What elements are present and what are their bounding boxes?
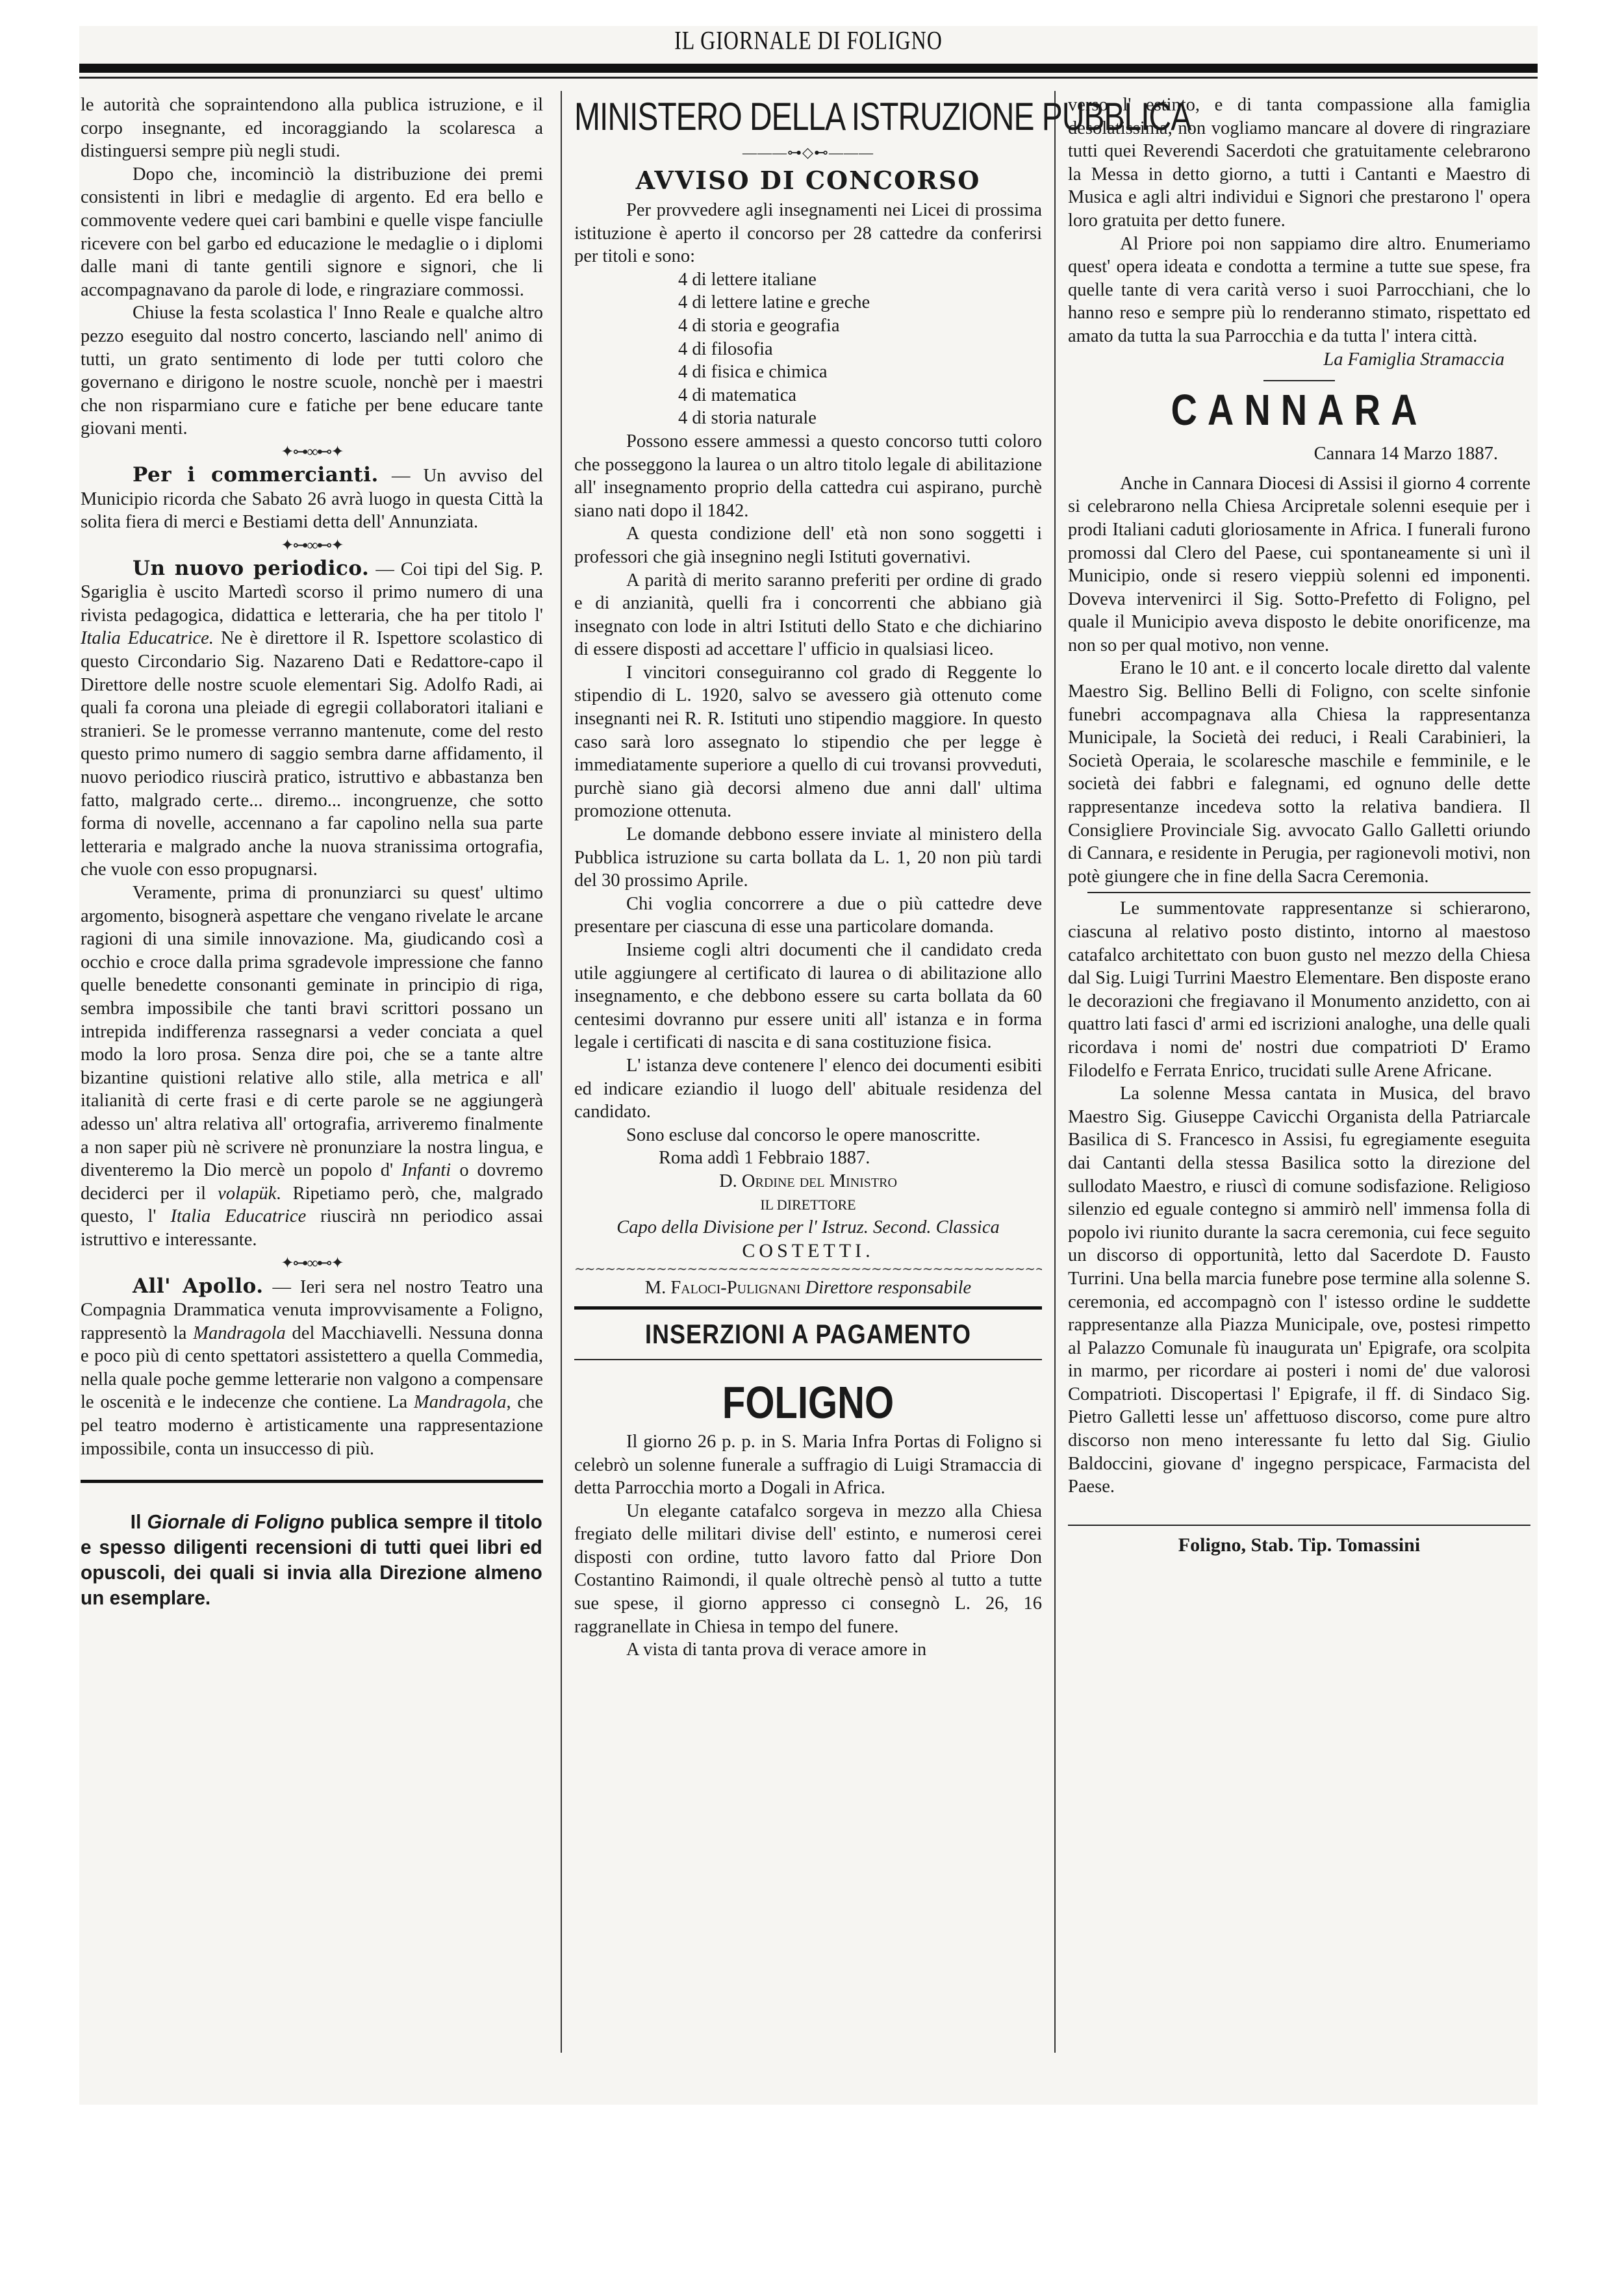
masthead-rule-thick — [79, 64, 1538, 73]
article-body: Veramente, prima di pronunziarci su ques… — [81, 883, 543, 1180]
notice-paragraph: Sono escluse dal concorso le opere manos… — [574, 1124, 1042, 1147]
title-italic: Italia Educatrice. — [81, 628, 214, 648]
headline: All' Apollo. — [133, 1274, 264, 1298]
newspaper-name: Giornale di Foligno — [147, 1510, 324, 1533]
masthead-rule-thin — [79, 77, 1538, 79]
article-paragraph: Dopo che, incominciò la distribuzione de… — [81, 163, 543, 302]
ad-paragraph: A vista di tanta prova di verace amore i… — [574, 1638, 1042, 1662]
section-rule — [81, 1480, 543, 1483]
notice-title: AVVISO DI CONCORSO — [574, 162, 1042, 199]
wavy-rule: ∼∼∼∼∼∼∼∼∼∼∼∼∼∼∼∼∼∼∼∼∼∼∼∼∼∼∼∼∼∼∼∼∼∼∼∼∼∼∼∼… — [574, 1262, 1042, 1276]
article-apollo: All' Apollo. — Ieri sera nel nostro Teat… — [81, 1275, 543, 1461]
notice-intro: Per provvedere agli insegnamenti nei Lic… — [574, 199, 1042, 268]
editor-role: Direttore responsabile — [806, 1278, 972, 1298]
notice-paragraph: L' istanza deve contenere l' elenco dei … — [574, 1054, 1042, 1124]
column-middle: MINISTERO DELLA ISTRUZIONE PUBBLICA ———⊶… — [574, 94, 1042, 1662]
column-divider — [1054, 91, 1056, 2053]
ad-paragraph: Un elegante catafalco sorgeva in mezzo a… — [574, 1500, 1042, 1639]
article-paragraph: La solenne Messa cantata in Musica, del … — [1068, 1082, 1530, 1499]
ornament-divider: ✦⊶∞⊷✦ — [81, 534, 543, 557]
order-line: D. Ordine del Ministro — [574, 1170, 1042, 1193]
italic-term: Mandragola — [193, 1323, 286, 1343]
notice-text: Il — [131, 1510, 147, 1533]
column-divider — [561, 91, 562, 2053]
notice-paragraph: A parità di merito saranno preferiti per… — [574, 569, 1042, 661]
article-periodico: Un nuovo periodico. — Coi tipi del Sig. … — [81, 557, 543, 881]
headline: Per i commercianti. — [133, 463, 379, 487]
chairs-list: 4 di lettere italiane 4 di lettere latin… — [574, 268, 1042, 430]
article-paragraph: Le summentovate rappresentanze si schier… — [1068, 897, 1530, 1082]
article-paragraph: le autorità che sopraintendono alla publ… — [81, 94, 543, 163]
section-rule — [574, 1359, 1042, 1360]
notice-paragraph: A questa condizione dell' età non sono s… — [574, 522, 1042, 568]
notice-paragraph: Insieme cogli altri documenti che il can… — [574, 939, 1042, 1054]
director-line: IL DIRETTORE — [574, 1193, 1042, 1217]
italic-term: Infanti — [401, 1160, 451, 1180]
scroll-ornament: ———⊶◇⊷——— — [574, 143, 1042, 162]
article-commercianti: Per i commercianti. — Un avviso del Muni… — [81, 464, 543, 534]
notice-paragraph: Chi voglia concorrere a due o più catted… — [574, 893, 1042, 939]
signature-text: La Famiglia Stramaccia — [1323, 349, 1504, 370]
column-left: le autorità che sopraintendono alla publ… — [81, 94, 543, 1610]
article-paragraph: Anche in Cannara Diocesi di Assisi il gi… — [1068, 472, 1530, 657]
notice-date: Roma addì 1 Febbraio 1887. — [574, 1147, 1042, 1170]
signature: COSTETTI. — [574, 1239, 1042, 1263]
article-body: Ne è direttore il R. Ispettore scolastic… — [81, 628, 543, 880]
ads-heading: INSERZIONI A PAGAMENTO — [574, 1313, 1042, 1355]
editor-name: M. Faloci-Pulignani — [645, 1278, 801, 1298]
section-rule — [1087, 892, 1530, 893]
italic-term: Italia Educatrice — [171, 1206, 307, 1226]
chair-item: 4 di lettere italiane — [678, 268, 1042, 292]
notice-paragraph: Le domande debbono essere inviate al min… — [574, 823, 1042, 893]
foligno-heading: FOLIGNO — [574, 1371, 1042, 1436]
division-text: Capo della Divisione per l' Istruz. Seco… — [616, 1217, 1000, 1237]
ad-paragraph: Al Priore poi non sappiamo dire altro. E… — [1068, 233, 1530, 348]
chair-item: 4 di fisica e chimica — [678, 361, 1042, 384]
chair-item: 4 di storia naturale — [678, 407, 1042, 430]
headline: Un nuovo periodico. — [133, 557, 369, 580]
ornament-divider: ✦⊶∞⊷✦ — [81, 440, 543, 464]
ad-signature: La Famiglia Stramaccia — [1068, 348, 1530, 372]
cannara-heading: CANNARA — [1068, 379, 1530, 441]
article-paragraph: Chiuse la festa scolastica l' Inno Reale… — [81, 301, 543, 440]
chair-item: 4 di lettere latine e greche — [678, 291, 1042, 314]
ministry-heading: MINISTERO DELLA ISTRUZIONE PUBBLICA — [574, 92, 1042, 143]
editor-line: M. Faloci-Pulignani Direttore responsabi… — [574, 1276, 1042, 1300]
article-paragraph: Veramente, prima di pronunziarci su ques… — [81, 881, 543, 1252]
section-rule — [574, 1306, 1042, 1310]
ornament-divider: ✦⊶∞⊷✦ — [81, 1252, 543, 1275]
printer-imprint: Foligno, Stab. Tip. Tomassini — [1068, 1532, 1530, 1558]
division-line: Capo della Divisione per l' Istruz. Seco… — [574, 1216, 1042, 1239]
chair-item: 4 di filosofia — [678, 338, 1042, 361]
dateline: Cannara 14 Marzo 1887. — [1068, 442, 1530, 466]
masthead-title: IL GIORNALE DI FOLIGNO — [674, 25, 943, 55]
chair-item: 4 di storia e geografia — [678, 314, 1042, 338]
chair-item: 4 di matematica — [678, 384, 1042, 407]
ad-paragraph: verso l' estinto, e di tanta compassione… — [1068, 94, 1530, 233]
ad-paragraph: Il giorno 26 p. p. in S. Maria Infra Por… — [574, 1430, 1042, 1500]
italic-term: volapük — [218, 1184, 276, 1204]
editorial-notice: Il Giornale di Foligno publica sempre il… — [81, 1509, 542, 1610]
notice-paragraph: Possono essere ammessi a questo concorso… — [574, 430, 1042, 522]
column-right: verso l' estinto, e di tanta compassione… — [1068, 94, 1530, 1558]
notice-paragraph: I vincitori conseguiranno col grado di R… — [574, 661, 1042, 823]
newspaper-page: IL GIORNALE DI FOLIGNO le autorità che s… — [79, 26, 1538, 2105]
article-paragraph: Erano le 10 ant. e il concerto locale di… — [1068, 657, 1530, 888]
italic-term: Mandragola — [414, 1392, 507, 1412]
section-rule — [1068, 1525, 1530, 1526]
